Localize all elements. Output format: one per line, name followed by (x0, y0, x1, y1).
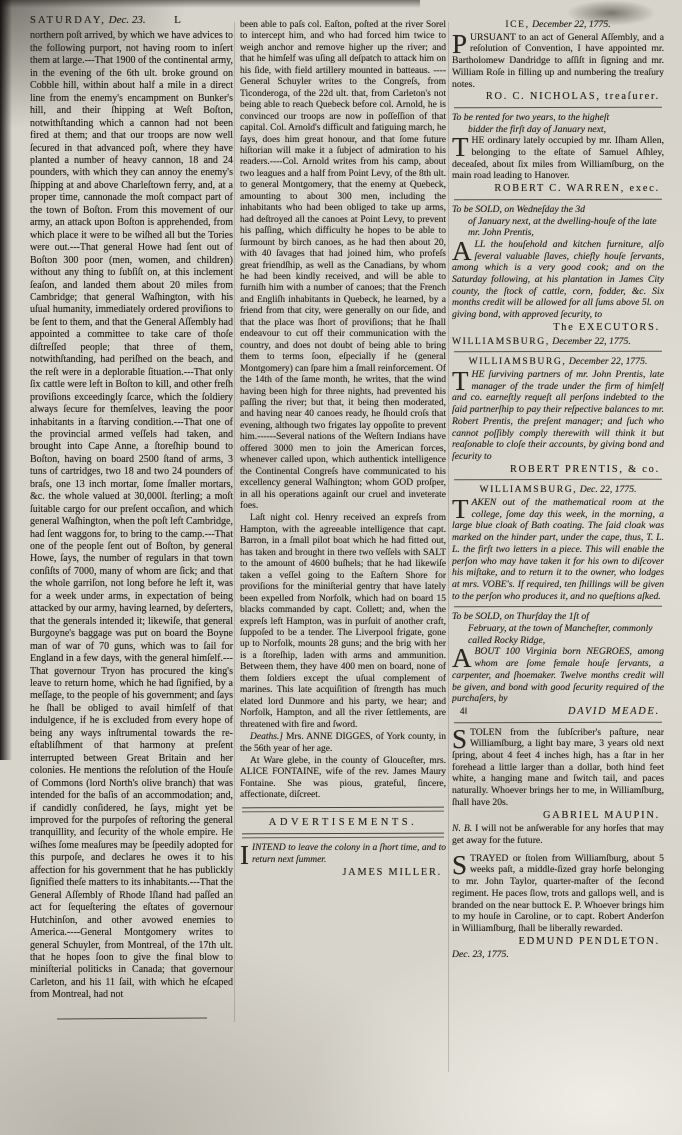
prentis-sale-heading: To be SOLD, on Wedneſday the 3dof Januar… (452, 204, 664, 239)
meade-heading: To be SOLD, on Thurſday the 1ſt ofFebrua… (452, 611, 664, 646)
ad-miller-text: INTEND to leave the colony in a ſhort ti… (252, 843, 446, 864)
ad-miller: IINTEND to leave the colony in a ſhort t… (240, 843, 446, 878)
drop-cap: S (452, 727, 470, 750)
ad-stolen-mare: STOLEN from the ſubſcriber's paſture, ne… (452, 727, 664, 847)
rental-heading-1: To be rented for two years, to the highe… (452, 112, 609, 123)
notice-body: PURSUANT to an act of General Aſſembly, … (452, 32, 664, 91)
column-right: ICE, December 22, 1775. PURSUANT to an a… (452, 16, 664, 1128)
ad-ordinary-rental: To be rented for two years, to the highe… (452, 112, 664, 195)
cloak-heading: WILLIAMSBURG, Dec. 22, 1775. (452, 484, 664, 496)
drop-cap: T (452, 135, 472, 158)
ad-meade-sale: To be SOLD, on Thurſday the 1ſt ofFebrua… (452, 611, 664, 717)
dateline-mark: L (174, 14, 181, 26)
notice-heading: ICE, December 22, 1775. (452, 19, 664, 31)
partners-body: THE ſurviving partners of mr. John Prent… (452, 369, 664, 463)
scan-edge-top (0, 0, 420, 8)
newspaper-page: SATURDAY, Dec. 23. L northern poſt arriv… (0, 0, 682, 1135)
notice-head-date: December 22, 1775. (532, 19, 611, 30)
ad-divider (454, 107, 662, 109)
ad-divider (454, 351, 662, 353)
cloak-date: Dec. 22, 1775. (580, 484, 637, 495)
prentis-sale-heading-1: To be SOLD, on Wedneſday the 3d (452, 204, 585, 215)
meade-text: BOUT 100 Virginia born NEGROES, among wh… (452, 646, 664, 704)
advertisements-heading: ADVERTISEMENTS. (240, 817, 446, 828)
notice-head-word: ICE, (505, 19, 529, 30)
column-left: SATURDAY, Dec. 23. L northern poſt arriv… (30, 14, 233, 1114)
meade-tag: 4‖ (460, 706, 467, 718)
cloak-body: TAKEN out of the mathematical room at th… (452, 497, 664, 602)
prentis-sale-text: LL the houſehold and kitchen furniture, … (452, 239, 664, 320)
ad-divider (454, 721, 662, 723)
column-rule (448, 22, 449, 1072)
ad-prentis-estate-sale: To be SOLD, on Wedneſday the 3dof Januar… (452, 204, 664, 347)
notice-signature: RO. C. NICHOLAS, treaſurer. (452, 91, 660, 103)
rental-heading-2: bidder the firſt day of January next, (452, 124, 664, 136)
ad-stolen-cloak: WILLIAMSBURG, Dec. 22, 1775. TAKEN out o… (452, 484, 664, 602)
meade-heading-1: To be SOLD, on Thurſday the 1ſt of (452, 611, 589, 622)
news-body-left: northern poſt arrived, by which we have … (30, 30, 233, 1001)
rental-text: HE ordinary lately occupied by mr. Iſham… (452, 135, 664, 181)
column-middle: been able to paſs col. Eaſton, poſted at… (240, 20, 446, 1124)
drop-cap: S (452, 853, 470, 876)
issue-dateline: SATURDAY, Dec. 23. L (30, 14, 233, 27)
partners-city: WILLIAMSBURG, (469, 356, 567, 367)
nb-text: I will not be anſwerable for any horſes … (452, 823, 664, 846)
partners-heading: WILLIAMSBURG, December 22, 1775. (452, 356, 664, 368)
maupin-nb: N. B. I will not be anſwerable for any h… (452, 823, 664, 846)
maupin-body: STOLEN from the ſubſcriber's paſture, ne… (452, 727, 664, 809)
double-rule (242, 833, 444, 839)
cloak-text: AKEN out of the mathematical room at the… (452, 497, 664, 602)
drop-cap: A (452, 646, 475, 669)
double-rule (242, 806, 444, 812)
news-hampton: Laſt night col. Henry received an expreſ… (240, 513, 446, 731)
notice-text: URSUANT to an act of General Aſſembly, a… (452, 32, 664, 90)
rental-signature: ROBERT C. WARREN, exec. (452, 183, 660, 195)
prentis-sale-heading-2: of January next, at the dwelling-houſe o… (452, 216, 664, 239)
column-end-dash (56, 1017, 206, 1019)
deaths-label: Deaths.] (250, 732, 283, 742)
partners-text: HE ſurviving partners of mr. John Prenti… (452, 369, 664, 462)
dateline-date: Dec. 23. (109, 14, 146, 26)
prentis-sale-dateline: WILLIAMSBURG, December 22, 1775. (452, 336, 664, 348)
news-body-middle: been able to paſs col. Eaſton, poſted at… (240, 20, 446, 512)
deaths-notice-1: Deaths.] Mrs. ANNE DIGGES, of York count… (240, 732, 446, 755)
pendleton-dateline: Dec. 23, 1775. (452, 949, 664, 961)
ad-miller-body: IINTEND to leave the colony in a ſhort t… (240, 843, 446, 866)
ad-strayed-horse: STRAYED or ſtolen from Williamſburg, abo… (452, 853, 664, 961)
prentis-sale-date: December 22, 1775. (552, 336, 631, 347)
scan-edge-left (0, 0, 12, 760)
meade-heading-2: February, at the town of Mancheſter, com… (452, 623, 664, 646)
ad-prentis-partners: WILLIAMSBURG, December 22, 1775. THE ſur… (452, 356, 664, 475)
deaths-notice-2: At Ware glebe, in the county of Glouceſt… (240, 756, 446, 802)
ad-treasury-notice: ICE, December 22, 1775. PURSUANT to an a… (452, 19, 664, 103)
nb-label: N. B. (452, 823, 472, 834)
ad-miller-signature: JAMES MILLER. (240, 867, 442, 878)
meade-body: ABOUT 100 Virginia born NEGROES, among w… (452, 646, 664, 705)
meade-signature: DAVID MEADE. (568, 706, 660, 718)
drop-cap: P (452, 32, 470, 55)
prentis-sale-body: ALL the houſehold and kitchen furniture,… (452, 239, 664, 321)
meade-signature-row: 4‖ DAVID MEADE. (460, 706, 660, 718)
pendleton-body: STRAYED or ſtolen from Williamſburg, abo… (452, 853, 664, 935)
pendleton-signature: EDMUND PENDLETON. (452, 936, 660, 948)
ad-divider (454, 606, 662, 608)
drop-cap: T (452, 369, 472, 392)
ad-divider (454, 199, 662, 201)
ad-divider (454, 479, 662, 481)
pendleton-text: TRAYED or ſtolen from Williamſburg, abou… (452, 853, 664, 934)
column-rule (234, 22, 235, 1022)
drop-cap: I (240, 843, 252, 866)
dateline-day: SATURDAY, (30, 15, 106, 26)
prentis-sale-city: WILLIAMSBURG, (452, 336, 550, 347)
prentis-sale-signature: The EXECUTORS. (452, 322, 660, 334)
drop-cap: T (452, 497, 472, 520)
partners-signature: ROBERT PRENTIS, & co. (452, 464, 660, 476)
drop-cap: A (452, 239, 475, 262)
maupin-signature: GABRIEL MAUPIN. (452, 810, 660, 822)
maupin-text: TOLEN from the ſubſcriber's paſture, nea… (452, 727, 664, 808)
cloak-city: WILLIAMSBURG, (479, 484, 577, 495)
rental-body: THE ordinary lately occupied by mr. Iſha… (452, 135, 664, 182)
partners-date: December 22, 1775. (569, 356, 648, 367)
rental-heading: To be rented for two years, to the highe… (452, 112, 664, 135)
spacer (452, 847, 664, 850)
